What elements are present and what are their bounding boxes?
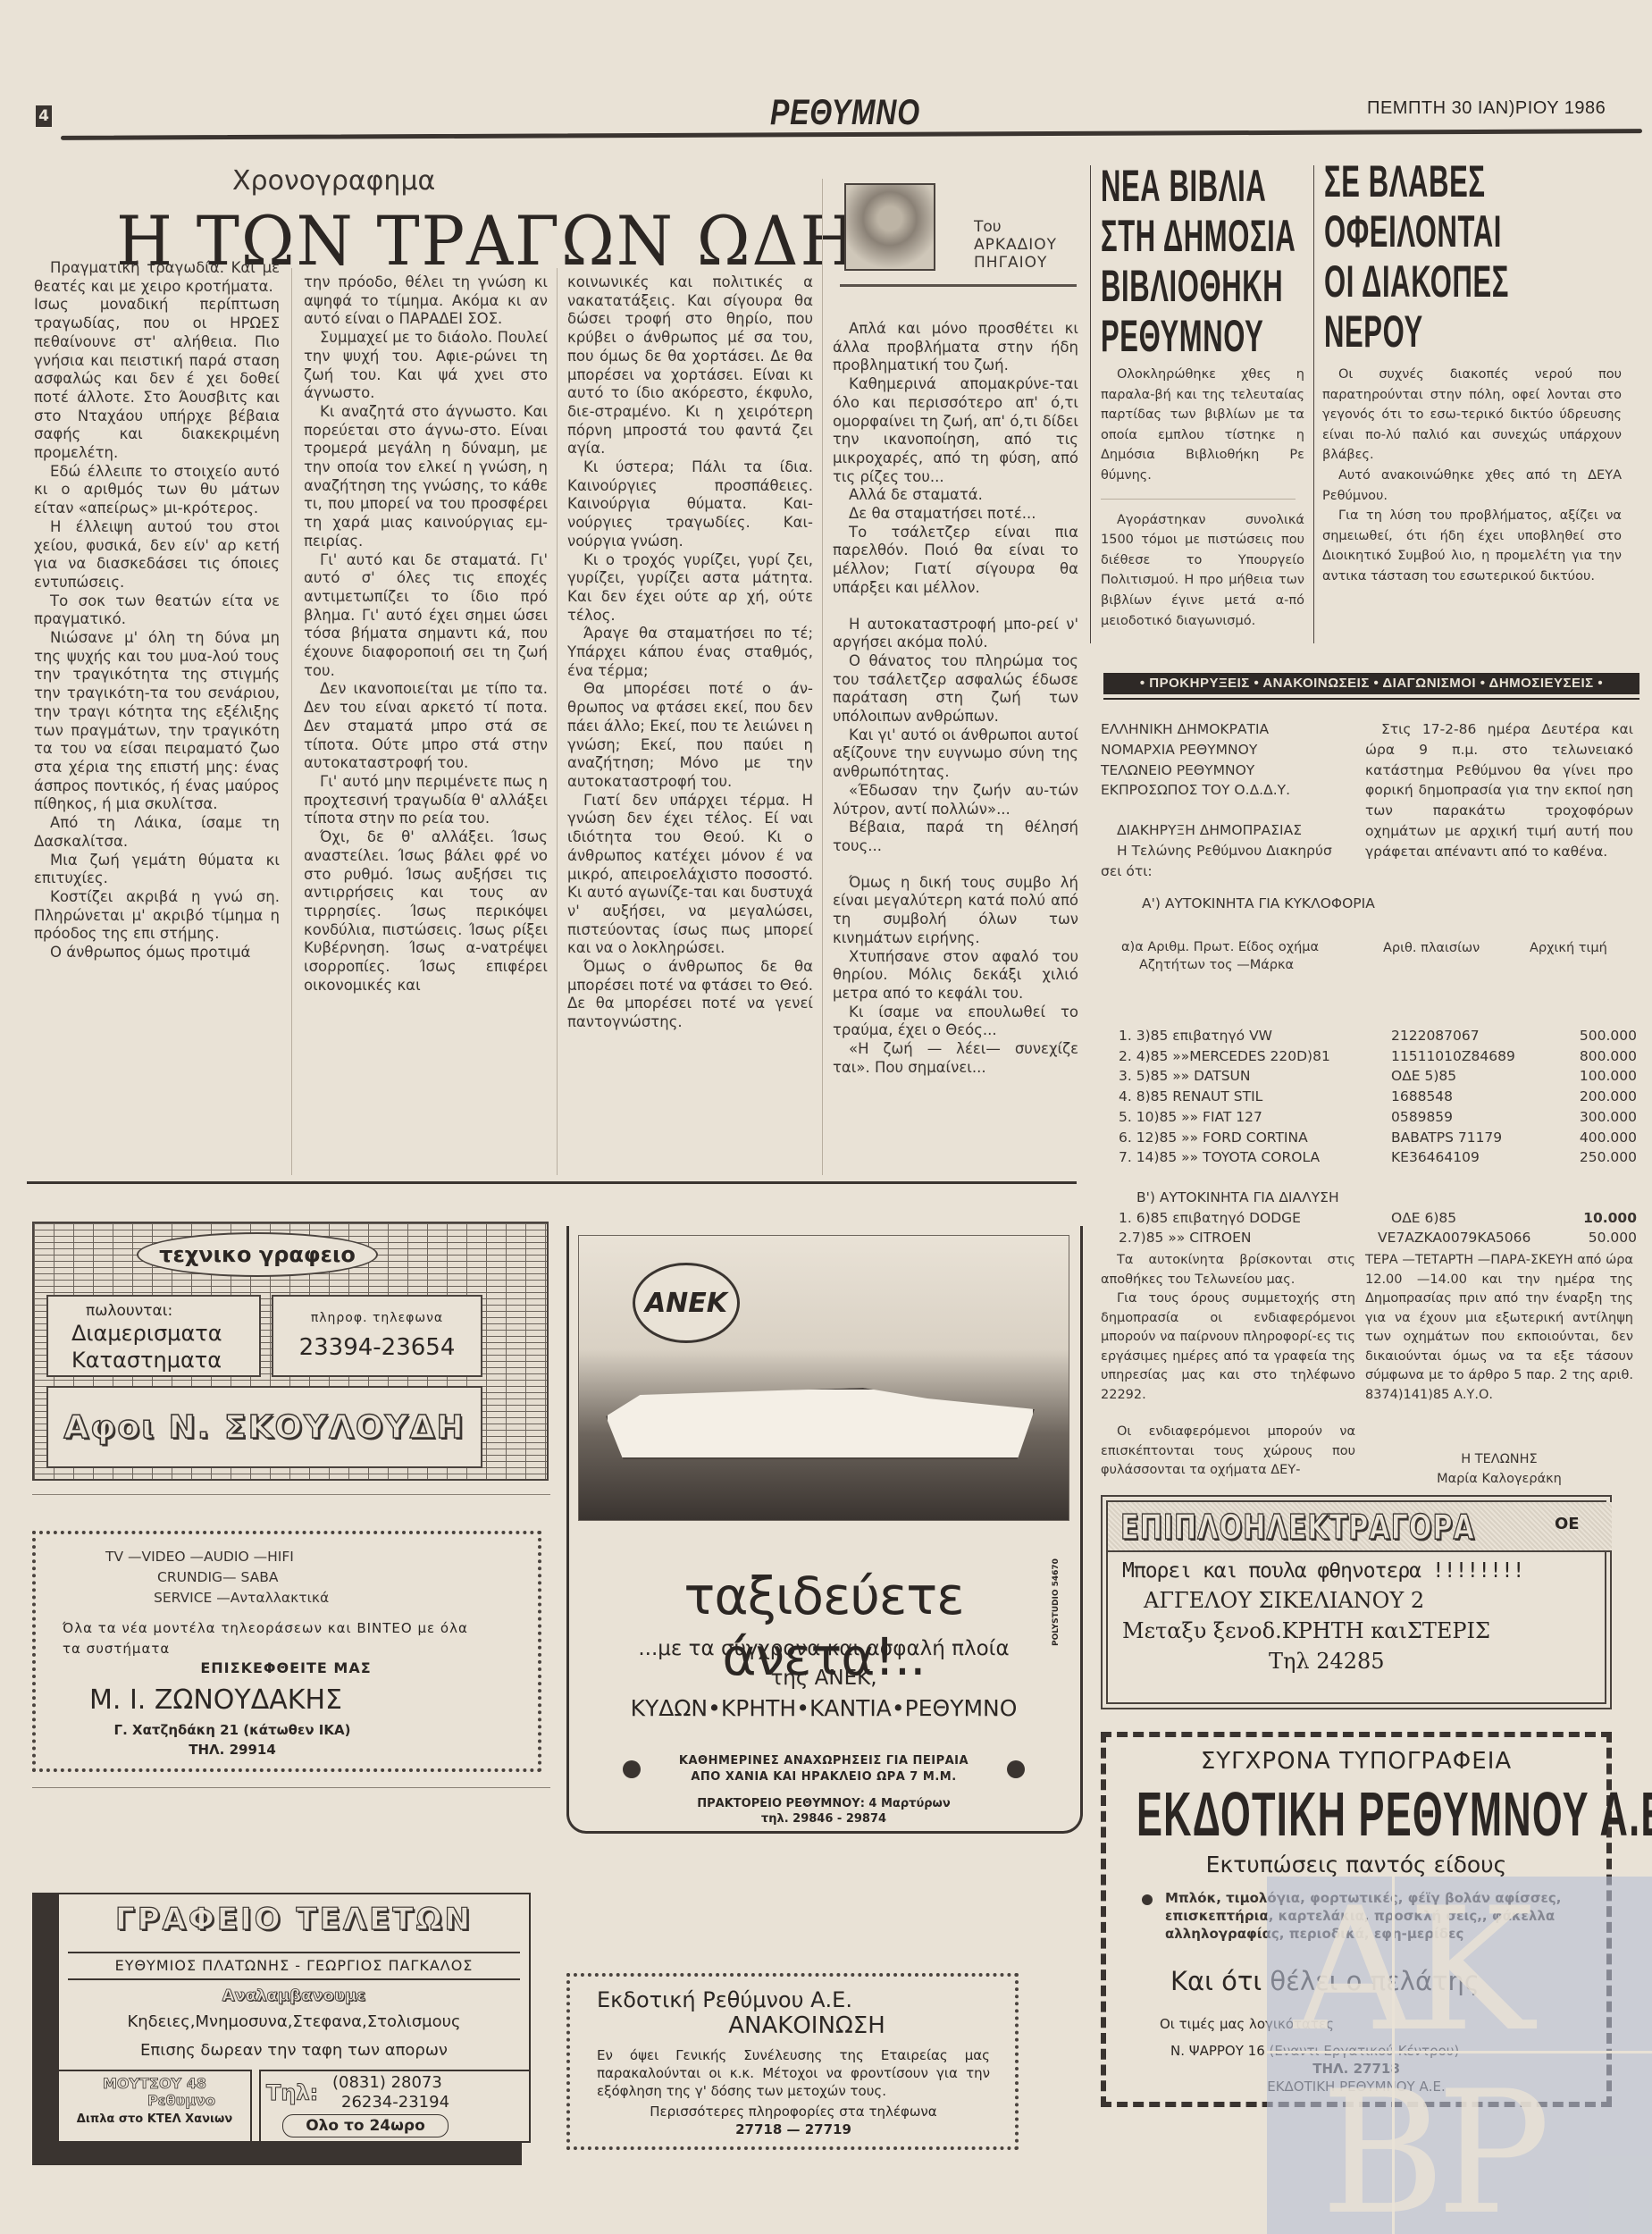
near: Διπλα στο ΚΤΕΛ Χανιων [59,2112,250,2126]
paragraph: Όμως η δική τους συμβο λή είναι μεγαλύτε… [833,874,1078,948]
paragraph: Όχι, δε θ' αλλάξει. Ίσως αναστείλει. Ίσω… [304,828,548,995]
article-kicker: Χρονογραφημα [232,165,435,197]
author-prefix: Του [974,218,1057,236]
paragraph: Συμμαχεί με το διάολο. Πουλεί την ψυχή τ… [304,329,548,403]
header-col-1b: Αζητήτων τος —Μάρκα [1121,956,1389,974]
car-item: 6. 12)85 »» FORD CORTINA [1119,1128,1391,1148]
ad-phone: ΤΗΛ. 29914 [36,1742,429,1758]
ad-sale-box: πωλουνται: Διαμερισματα Καταστηματα [46,1295,261,1377]
ship-image: ΑΝΕΚ [578,1235,1069,1521]
ad-services: Κηδειες,Μνημοσυνα,Στεφανα,Στολισμους [59,2012,529,2031]
notice-left-tail: Τα αυτοκίνητα βρίσκονται στις αποθήκες τ… [1101,1251,1355,1481]
bullet-icon [1007,1760,1025,1778]
paragraph: Κι αναζητά στο άγνωστο. Και πορεύεται στ… [304,403,548,551]
paragraph: Θα μπορέσει ποτέ ο άν-θρωπος να φτάσει ε… [567,680,813,791]
car-item: 7. 14)85 »» TOYOTA COROLA [1119,1147,1391,1168]
paragraph: Κι ο τροχός γυρίζει, γυρί ζει, γυρίζει, … [567,551,813,626]
car-price: 400.000 [1570,1128,1637,1148]
news-headline-line: ΒΙΒΛΙΟΘΗΚΗ [1101,261,1239,311]
car-chassis: VE7AZKA0079KA5066 [1378,1228,1570,1248]
ad-line: Μπορει και πουλα φθηνοτερα !!!!!!!! [1122,1559,1524,1583]
news-water: ΣΕ ΒΛΑΒΕΣ ΟΦΕΙΛΟΝΤΑΙ ΟΙ ΔΙΑΚΟΠΕΣ ΝΕΡΟΥ [1324,156,1547,357]
paragraph: Η έλλειψη αυτού του στοι χείου, φυσικά, … [34,518,280,592]
notice-right-intro: Στις 17-2-86 ημέρα Δευτέρα και ώρα 9 π.μ… [1365,719,1633,862]
anek-departures: ΚΑΘΗΜΕΡΙΝΕΣ ΑΝΑΧΩΡΗΣΕΙΣ ΓΙΑ ΠΕΙΡΑΙΑ ΑΠΟ … [650,1753,998,1785]
paragraph: Απλά και μόνο προσθέτει κι άλλα προβλήμα… [833,320,1078,375]
notice-intro: Η Τελώνης Ρεθύμνου Διακηρύσ σει ότι: [1101,841,1351,882]
sale-item: Διαμερισματα [71,1320,259,1347]
column-divider [1090,165,1091,643]
print-name: ΕΚΔΟΤΙΚΗ ΡΕΘΥΜΝΟΥ Α.Ε. [1136,1778,1652,1850]
table-row: 6. 12)85 »» FORD CORTINABABATPS 71179400… [1119,1128,1637,1148]
author-last-name: ΠΗΓΑΙΟΥ [974,254,1057,272]
city: Ρεθυμνο [59,2092,250,2109]
cars-table-a: 1. 3)85 επιβατηγό VW2122087067500.000 2.… [1119,1026,1637,1248]
car-price: 800.000 [1570,1046,1637,1067]
issuer-line: ΝΟΜΑΡΧΙΑ ΡΕΘΥΜΝΟΥ [1101,740,1351,760]
news-headline-line: ΣΕ ΒΛΑΒΕΣ [1324,156,1463,206]
paragraph: Κι ίσαμε να επουλωθεί το τραύμα, έχει ο … [833,1004,1078,1040]
paragraph: Αγοράστηκαν συνολικά 1500 τόμοι με πιστώ… [1101,510,1304,632]
issuer-line: ΕΚΠΡΟΣΩΠΟΣ ΤΟΥ Ο.Δ.Δ.Υ. [1101,780,1351,801]
paragraph: Γι' αυτό και δε σταματά. Γι' αυτό σ' όλε… [304,551,548,681]
archive-watermark: ΑΚ ΒΡ [1267,1877,1652,2234]
header-col-1: α)α Αριθμ. Πρωτ. Είδος οχήμα [1121,938,1389,956]
paragraph: Για τους όρους συμμετοχής στη δημοπρασία… [1101,1289,1355,1405]
watermark-top: ΑΚ [1294,1885,1525,2055]
paragraph: Εδώ έλλειπε το στοιχείο αυτό κι ο αριθμό… [34,463,280,518]
section-a-title: Α') ΑΥΤΟΚΙΝΗΤΑ ΓΙΑ ΚΥΚΛΟΦΟΡΙΑ [1142,894,1375,914]
paragraph: Ισως μοναδική περίπτωση τραγωδίας, που ο… [34,296,280,462]
notice-title: ΔΙΑΚΗΡΥΞΗ ΔΗΜΟΠΡΑΣΙΑΣ [1101,820,1351,841]
table-row: 7. 14)85 »» TOYOTA COROLAKE36464109250.0… [1119,1147,1637,1168]
paragraph: Το τσάλετζερ είναι πια παρελθόν. Ποιό θα… [833,524,1078,598]
car-chassis: 11511010Z84689 [1391,1046,1570,1067]
car-item: 4. 8)85 RENAUT STIL [1119,1087,1391,1107]
paragraph: Όμως ο άνθρωπος δε θα μπορέσει ποτέ να φ… [567,958,813,1032]
ad-tagline: Αναλαμβανουμε [59,1986,529,2005]
ad-description: Όλα τα νέα μοντέλα τηλεοράσεων και ΒΙΝΤΕ… [63,1618,491,1659]
anek-sub2: της ΑΝΕΚ, [578,1667,1069,1690]
column-divider [557,268,558,1175]
paragraph: Γιατί δεν υπάρχει τέρμα. Η γνώση δεν έχε… [567,792,813,958]
page-number: 4 [36,105,52,127]
table-row: 1. 3)85 επιβατηγό VW2122087067500.000 [1119,1026,1637,1046]
table-row: 1. 6)85 επιβατηγό DODGEΟΔΕ 6)8510.000 [1119,1208,1637,1229]
bullet-icon [623,1760,641,1778]
paragraph: Γι' αυτό μην περιμένετε πως η προχτεσινή… [304,773,548,828]
car-chassis: ΟΔΕ 5)85 [1391,1066,1570,1087]
ad-line: Τηλ 24285 [1269,1649,1385,1674]
ad-business-name: Αφοι Ν. ΣΚΟΥΛΟΥΔΗ [46,1386,482,1468]
table-header: α)α Αριθμ. Πρωτ. Είδος οχήμα Αζητήτων το… [1121,938,1389,974]
paragraph: Νιώσανε μ' όλη τη δύνα μη της ψυχής και … [34,629,280,814]
product-line: SERVICE —Ανταλλακτικά [105,1588,329,1608]
article-column-2: την πρόοδο, θέλει τη γνώση κι αψηφά το τ… [304,273,548,995]
phone-numbers: 23394-23654 [273,1334,481,1361]
paragraph: Η αυτοκαταστροφή μπο-ρεί ν' αργήσει ακόμ… [833,616,1078,652]
signature-name: Μαρία Καλογεράκη [1365,1469,1633,1489]
paragraph: Κι ύστερα; Πάλι τα ίδια. Καινούργιες προ… [567,458,813,551]
table-row: 5. 10)85 »» FIAT 1270589859300.000 [1119,1107,1637,1128]
ann-phones: 27718 — 27719 [570,2121,1017,2137]
ad-epiplo-inner: ΕΠΙΠΛΟΗΛΕΚΤΡΑΓΟΡΑ ΟΕ Μπορει και πουλα φθ… [1106,1500,1606,1704]
author-first-name: ΑΡΚΑΔΙΟΥ [974,236,1057,254]
table-row: 2.7)85 »» CITROENVE7AZKA0079KA506650.000 [1119,1228,1637,1248]
car-chassis: 0589859 [1391,1107,1570,1128]
notice-signature: Η ΤΕΛΩΝΗΣ Μαρία Καλογεράκη [1365,1449,1633,1489]
print-line2: Εκτυπώσεις παντός είδους [1106,1852,1606,1877]
departure-line: ΑΠΟ ΧΑΝΙΑ ΚΑΙ ΗΡΑΚΛΕΙΟ ΩΡΑ 7 Μ.Μ. [650,1769,998,1785]
paragraph: Το σοκ των θεατών είτα νε πραγματικό. [34,592,280,629]
article-column-1: Πραγματική τραγωδία. Και με θεατές και μ… [34,259,280,962]
paragraph: Αλλά δε σταματά. [833,486,1078,505]
ann-company: Εκδοτική Ρεθύμνου Α.Ε. [597,1987,852,2012]
table-row: 2. 4)85 »»MERCEDES 220D)8111511010Z84689… [1119,1046,1637,1067]
article-column-4: Απλά και μόνο προσθέτει κι άλλα προβλήμα… [833,320,1078,1077]
paragraph: Από τη Λάικα, ίσαμε τη Δασκαλίτσα. [34,814,280,851]
news-library: ΝΕΑ ΒΙΒΛΙΑ ΣΤΗ ΔΗΜΟΣΙΑ ΒΙΒΛΙΟΘΗΚΗ ΡΕΘΥΜΝ… [1101,161,1324,361]
paragraph: την πρόοδο, θέλει τη γνώση κι αψηφά το τ… [304,273,548,329]
bullet-icon [1142,1894,1153,1905]
anek-credit: POLYSTUDIO 54670 [1052,1558,1061,1646]
ad-zonoudakis: TV —VIDEO —AUDIO —HIFI CRUNDIG— SABA SER… [32,1531,541,1772]
news-headline-line: ΟΙ ΔΙΑΚΟΠΕΣ [1324,256,1463,307]
ad-free-burial: Επισης δωρεαν την ταφη των απορων [59,2041,529,2060]
paragraph: Καθημερινά απομακρύνε-ται όλο και περισσ… [833,375,1078,486]
ad-business-name: Μ. Ι. ΖΩΝΟΥΔΑΚΗΣ [89,1684,342,1716]
signature-title: Η ΤΕΛΩΝΗΣ [1365,1449,1633,1469]
paragraph: κοινωνικές και πολιτικές α νακατατάξεις.… [567,273,813,458]
car-chassis: 2122087067 [1391,1026,1570,1046]
ad-owners: ΕΥΘΥΜΙΟΣ ΠΛΑΤΩΝΗΣ - ΓΕΩΡΓΙΟΣ ΠΑΓΚΑΛΟΣ [68,1952,520,1980]
ann-title: ΑΝΑΚΟΙΝΩΣΗ [570,2012,1017,2039]
author-divider [840,284,1077,287]
paragraph: Τα αυτοκίνητα βρίσκονται στις αποθήκες τ… [1101,1251,1355,1289]
issuer-line: ΕΛΛΗΝΙΚΗ ΔΗΜΟΚΡΑΤΙΑ [1101,719,1351,740]
anek-logo: ΑΝΕΚ [633,1263,740,1343]
notice-issuer: ΕΛΛΗΝΙΚΗ ΔΗΜΟΚΡΑΤΙΑ ΝΟΜΑΡΧΙΑ ΡΕΘΥΜΝΟΥ ΤΕ… [1101,719,1351,882]
ad-skouloudi: τεχνικο γραφειο πωλουνται: Διαμερισματα … [32,1222,549,1481]
paragraph: «Η ζωή — λέει— συνεχίζε ται». Που σημαίν… [833,1040,1078,1077]
paragraph: Ολοκληρώθηκε χθες η παραλα-βή και της τε… [1101,365,1304,486]
table-row: 4. 8)85 RENAUT STIL1688548200.000 [1119,1087,1637,1107]
anek-agency: ΠΡΑΚΤΟΡΕΙΟ ΡΕΘΥΜΝΟΥ: 4 Μαρτύρων τηλ. 298… [578,1796,1069,1827]
issuer-line: ΤΕΛΩΝΕΙΟ ΡΕΘΥΜΝΟΥ [1101,760,1351,781]
article-column-3: κοινωνικές και πολιτικές α νακατατάξεις.… [567,273,813,1032]
author-photo [844,183,935,271]
tel: (0831) 28073 [332,2073,442,2092]
departure-line: ΚΑΘΗΜΕΡΙΝΕΣ ΑΝΑΧΩΡΗΣΕΙΣ ΓΙΑ ΠΕΙΡΑΙΑ [650,1753,998,1769]
paragraph: Οι συχνές διακοπές νερού που παρατηρούντ… [1322,365,1622,466]
sale-label: πωλουνται: [71,1302,259,1320]
news-headline-line: ΟΦΕΙΛΟΝΤΑΙ [1324,206,1463,256]
car-price: 10.000 [1570,1208,1637,1229]
watermark-bottom: ΒΡ [1321,2069,1541,2234]
news-headline-line: ΝΕΑ ΒΙΒΛΙΑ [1101,161,1239,211]
news-library-body: Ολοκληρώθηκε χθες η παραλα-βή και της τε… [1101,365,1304,631]
ad-products: TV —VIDEO —AUDIO —HIFI CRUNDIG— SABA SER… [105,1547,329,1608]
car-chassis: ΟΔΕ 6)85 [1391,1208,1570,1229]
paragraph: Οι ενδιαφερόμενοι μπορούν να επισκέπτοντ… [1101,1423,1355,1481]
ad-anek: ΑΝΕΚ ταξιδεύετε άνετα!.. ...με τα σύγχρο… [566,1226,1083,1834]
paragraph: Αυτό ανακοινώθηκε χθες από τη ΔΕΥΑ Ρεθύμ… [1322,466,1622,506]
ad-title: ΓΡΑΦΕΙΟ ΤΕΛΕΤΩΝ [59,1902,529,1937]
article-bottom-rule [27,1181,1077,1184]
paragraph: Ο άνθρωπος όμως προτιμά [34,944,280,962]
header-col-2: Αριθ. πλαισίων [1383,938,1480,959]
car-item: 1. 3)85 επιβατηγό VW [1119,1026,1391,1046]
car-item: 3. 5)85 »» DATSUN [1119,1066,1391,1087]
ad-funeral: ΓΡΑΦΕΙΟ ΤΕΛΕΤΩΝ ΕΥΘΥΜΙΟΣ ΠΛΑΤΩΝΗΣ - ΓΕΩΡ… [57,1893,531,2143]
paragraph: Πραγματική τραγωδία. Και με θεατές και μ… [34,259,280,296]
product-line: TV —VIDEO —AUDIO —HIFI [105,1547,329,1567]
anek-sub1: ...με τα σύγχρονα και ασφαλή πλοία [578,1637,1069,1660]
ship-hull [606,1388,1035,1459]
agency-line: ΠΡΑΚΤΟΡΕΙΟ ΡΕΘΥΜΝΟΥ: 4 Μαρτύρων [578,1796,1069,1811]
news-headline-line: ΝΕΡΟΥ [1324,307,1463,357]
car-price: 50.000 [1570,1228,1637,1248]
notice-right-tail: ΤΕΡΑ —ΤΕΤΑΡΤΗ —ΠΑΡΑ-ΣΚΕΥΗ από ώρα 12.00 … [1365,1251,1633,1405]
section-b-title: Β') ΑΥΤΟΚΙΝΗΤΑ ΓΙΑ ΔΙΑΛΥΣΗ [1119,1188,1637,1208]
paragraph: Βέβαια, παρά τη θέλησή τους... [833,819,1078,855]
ad-title-suffix: ΟΕ [1555,1515,1580,1533]
paragraph: Δε θα σταματήσει ποτέ... [833,505,1078,524]
notices-banner-rule [1103,698,1639,700]
ann-more: Περισσότερες πληροφορίες στα τηλέφωνα [570,2104,1017,2120]
column-divider [822,179,823,1175]
ad-title: ΕΠΙΠΛΟΗΛΕΚΤΡΑΓΟΡΑ [1120,1508,1475,1547]
tel-label: Τηλ: [266,2080,318,2105]
paragraph: Ο θάνατος του πληρώμα τος του τσάλετζερ … [833,652,1078,726]
car-price: 500.000 [1570,1026,1637,1046]
news-water-body: Οι συχνές διακοπές νερού που παρατηρούντ… [1322,365,1622,587]
ad-line: ΑΓΓΕΛΟΥ ΣΙΚΕΛΙΑΝΟΥ 2 [1144,1588,1424,1613]
ad-line: Μεταξυ ξενοδ.ΚΡΗΤΗ καιΣΤΕΡΙΣ [1122,1618,1490,1643]
issue-date: ΠΕΜΠΤΗ 30 ΙΑΝ)ΡΙΟΥ 1986 [1367,98,1606,119]
anek-ships: ΚΥΔΩΝ•ΚΡΗΤΗ•ΚΑΝΤΙΑ•ΡΕΘΥΜΝΟ [578,1695,1069,1721]
car-price: 300.000 [1570,1107,1637,1128]
column-divider [291,268,292,1175]
author-byline: Του ΑΡΚΑΔΙΟΥ ΠΗΓΑΙΟΥ [974,218,1057,272]
car-price: 250.000 [1570,1147,1637,1168]
car-item: 5. 10)85 »» FIAT 127 [1119,1107,1391,1128]
divider [1101,499,1296,500]
car-item: 2. 4)85 »»MERCEDES 220D)81 [1119,1046,1391,1067]
ad-title: τεχνικο γραφειο [137,1232,378,1277]
car-price: 200.000 [1570,1087,1637,1107]
paragraph: Άραγε θα σταματήσει πο τέ; Υπάρχει κάπου… [567,625,813,680]
street: ΜΟΥΤΣΟΥ 48 [59,2075,250,2092]
news-headline-line: ΣΤΗ ΔΗΜΟΣΙΑ [1101,211,1239,261]
ad-title-band: ΕΠΙΠΛΟΗΛΕΚΤΡΑΓΟΡΑ ΟΕ [1108,1502,1612,1552]
car-chassis: 1688548 [1391,1087,1570,1107]
notices-banner: • ΠΡΟΚΗΡΥΞΕΙΣ • ΑΝΑΚΟΙΝΩΣΕΙΣ • ΔΙΑΓΩΝΙΣΜ… [1103,673,1639,694]
paragraph: Μια ζωή γεμάτη θύματα κι επιτυχίες. [34,852,280,888]
car-price: 100.000 [1570,1066,1637,1087]
ad-address-box: ΜΟΥΤΣΟΥ 48 Ρεθυμνο Διπλα στο ΚΤΕΛ Χανιων [57,2070,252,2143]
divider [32,1787,550,1788]
hours: Ολο το 24ωρο [282,2114,449,2137]
product-line: CRUNDIG— SABA [105,1567,329,1588]
newspaper-name: ΡΕΘΥΜΝΟ [770,93,920,133]
ad-address: Γ. Χατζηδάκη 21 (κάτωθεν ΙΚΑ) [36,1722,429,1738]
divider [32,1494,550,1495]
car-item: 1. 6)85 επιβατηγό DODGE [1119,1208,1391,1229]
header-col-3: Αρχική τιμή [1530,938,1607,959]
tel: 26234-23194 [341,2093,449,2112]
ann-body: Εν όψει Γενικής Συνέλευσης της Εταιρείας… [597,2046,990,2100]
car-chassis: BABATPS 71179 [1391,1128,1570,1148]
paragraph: Δεν ικανοποιείται με τίπο τα. Δεν του εί… [304,680,548,773]
paragraph: Κοστίζει ακριβά η γνώ ση. Πληρώνεται μ' … [34,888,280,944]
news-headline-line: ΡΕΘΥΜΝΟΥ [1101,311,1239,361]
paragraph: Για τη λύση του προβλήματος, αξίζει να σ… [1322,506,1622,586]
paragraph: Χτυπήσανε στον αφαλό του θηρίου. Μόλις δ… [833,948,1078,1004]
car-chassis: KE36464109 [1391,1147,1570,1168]
ad-visit: ΕΠΙΣΚΕΦΘΕΙΤΕ ΜΑΣ [36,1659,536,1676]
column-divider [1313,165,1314,643]
paragraph: «Έδωσαν την ζωήν αυ-τών λύτρον, αντί πολ… [833,782,1078,819]
phone-label: πληροφ. τηλεφωνα [273,1311,481,1325]
table-row: 3. 5)85 »» DATSUNΟΔΕ 5)85100.000 [1119,1066,1637,1087]
car-item: 2.7)85 »» CITROEN [1119,1228,1391,1248]
ad-epiplo: ΕΠΙΠΛΟΗΛΕΚΤΡΑΓΟΡΑ ΟΕ Μπορει και πουλα φθ… [1101,1495,1612,1709]
ad-phone-box: Τηλ: (0831) 28073 26234-23194 Ολο το 24ω… [259,2070,529,2143]
ad-phone-box: πληροφ. τηλεφωνα 23394-23654 [272,1295,482,1377]
ad-announcement: Εκδοτική Ρεθύμνου Α.Ε. ΑΝΑΚΟΙΝΩΣΗ Εν όψε… [566,1973,1019,2150]
paragraph: Και γι' αυτό οι άνθρωποι αυτοί αξίζουνε … [833,726,1078,782]
print-line1: ΣΥΓΧΡΟΝΑ ΤΥΠΟΓΡΑΦΕΙΑ [1106,1748,1606,1775]
sale-item: Καταστηματα [71,1347,259,1373]
agency-phone: τηλ. 29846 - 29874 [578,1811,1069,1827]
